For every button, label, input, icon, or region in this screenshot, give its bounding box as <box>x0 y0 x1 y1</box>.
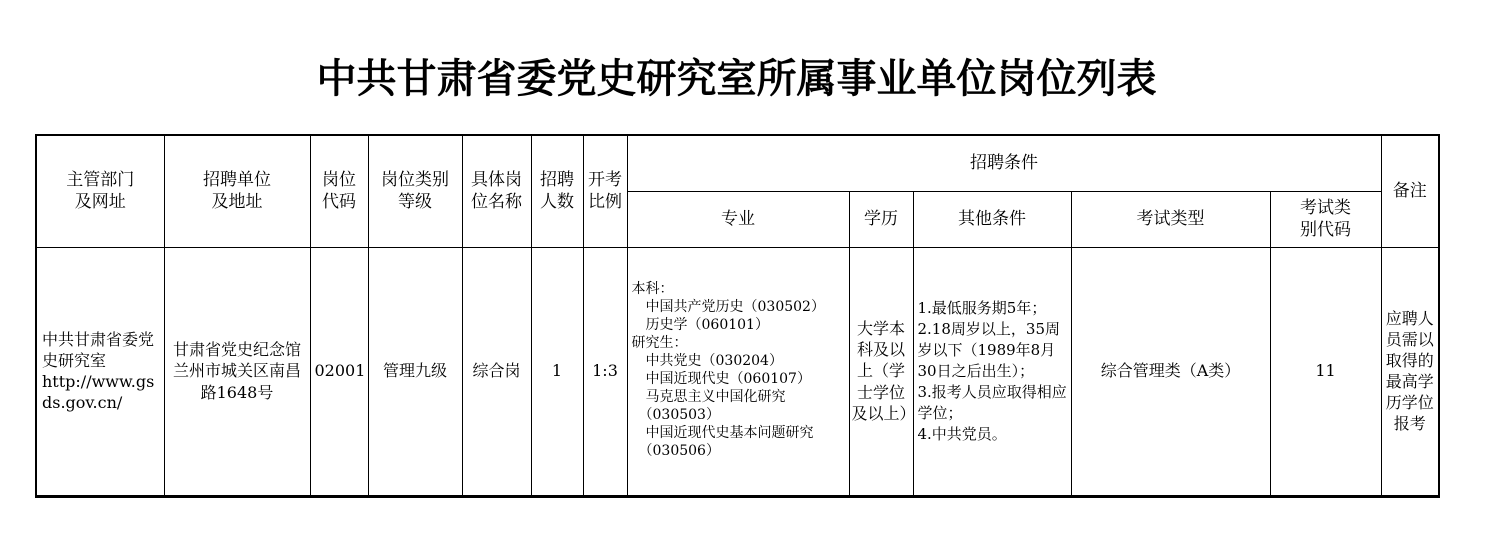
header-dept-site: 主管部门 及网址 <box>36 135 164 247</box>
table-row: 中共甘肃省委党史研究室 http://www.gsds.gov.cn/ 甘肃省党… <box>36 247 1439 496</box>
header-post-category: 岗位类别 等级 <box>368 135 462 247</box>
positions-table: 主管部门 及网址 招聘单位 及地址 岗位 代码 岗位类别 等级 具体岗 位名称 … <box>35 134 1440 498</box>
header-headcount: 招聘 人数 <box>531 135 583 247</box>
header-post-code: 岗位 代码 <box>310 135 368 247</box>
header-education: 学历 <box>849 191 913 247</box>
page-title: 中共甘肃省委党史研究室所属事业单位岗位列表 <box>35 0 1438 104</box>
header-remarks: 备注 <box>1381 135 1439 247</box>
header-exam-type: 考试类型 <box>1071 191 1270 247</box>
cell-post-code: 02001 <box>310 247 368 496</box>
cell-exam-type: 综合管理类（A类） <box>1071 247 1270 496</box>
cell-major: 本科： 中国共产党历史（030502） 历史学（060101） 研究生： 中共党… <box>627 247 849 496</box>
header-other-conditions: 其他条件 <box>913 191 1071 247</box>
table-header: 主管部门 及网址 招聘单位 及地址 岗位 代码 岗位类别 等级 具体岗 位名称 … <box>36 135 1439 247</box>
header-employer-addr: 招聘单位 及地址 <box>164 135 310 247</box>
document-page: 中共甘肃省委党史研究室所属事业单位岗位列表 主管部门 及网址 招聘单位 及地址 … <box>0 0 1500 559</box>
cell-post-category: 管理九级 <box>368 247 462 496</box>
header-post-name: 具体岗 位名称 <box>462 135 531 247</box>
cell-exam-category-code: 11 <box>1270 247 1381 496</box>
cell-exam-ratio: 1:3 <box>583 247 627 496</box>
cell-post-name: 综合岗 <box>462 247 531 496</box>
header-major: 专业 <box>627 191 849 247</box>
cell-education: 大学本科及以上（学士学位及以上） <box>849 247 913 496</box>
header-row-1: 主管部门 及网址 招聘单位 及地址 岗位 代码 岗位类别 等级 具体岗 位名称 … <box>36 135 1439 191</box>
cell-employer-addr: 甘肃省党史纪念馆兰州市城关区南昌路1648号 <box>164 247 310 496</box>
header-exam-category-code: 考试类 别代码 <box>1270 191 1381 247</box>
cell-dept-site: 中共甘肃省委党史研究室 http://www.gsds.gov.cn/ <box>36 247 164 496</box>
cell-remarks: 应聘人员需以取得的最高学历学位报考 <box>1381 247 1439 496</box>
table-body: 中共甘肃省委党史研究室 http://www.gsds.gov.cn/ 甘肃省党… <box>36 247 1439 496</box>
header-conditions-group: 招聘条件 <box>627 135 1381 191</box>
header-exam-ratio: 开考 比例 <box>583 135 627 247</box>
cell-headcount: 1 <box>531 247 583 496</box>
cell-other-conditions: 1.最低服务期5年； 2.18周岁以上，35周岁以下（1989年8月30日之后出… <box>913 247 1071 496</box>
